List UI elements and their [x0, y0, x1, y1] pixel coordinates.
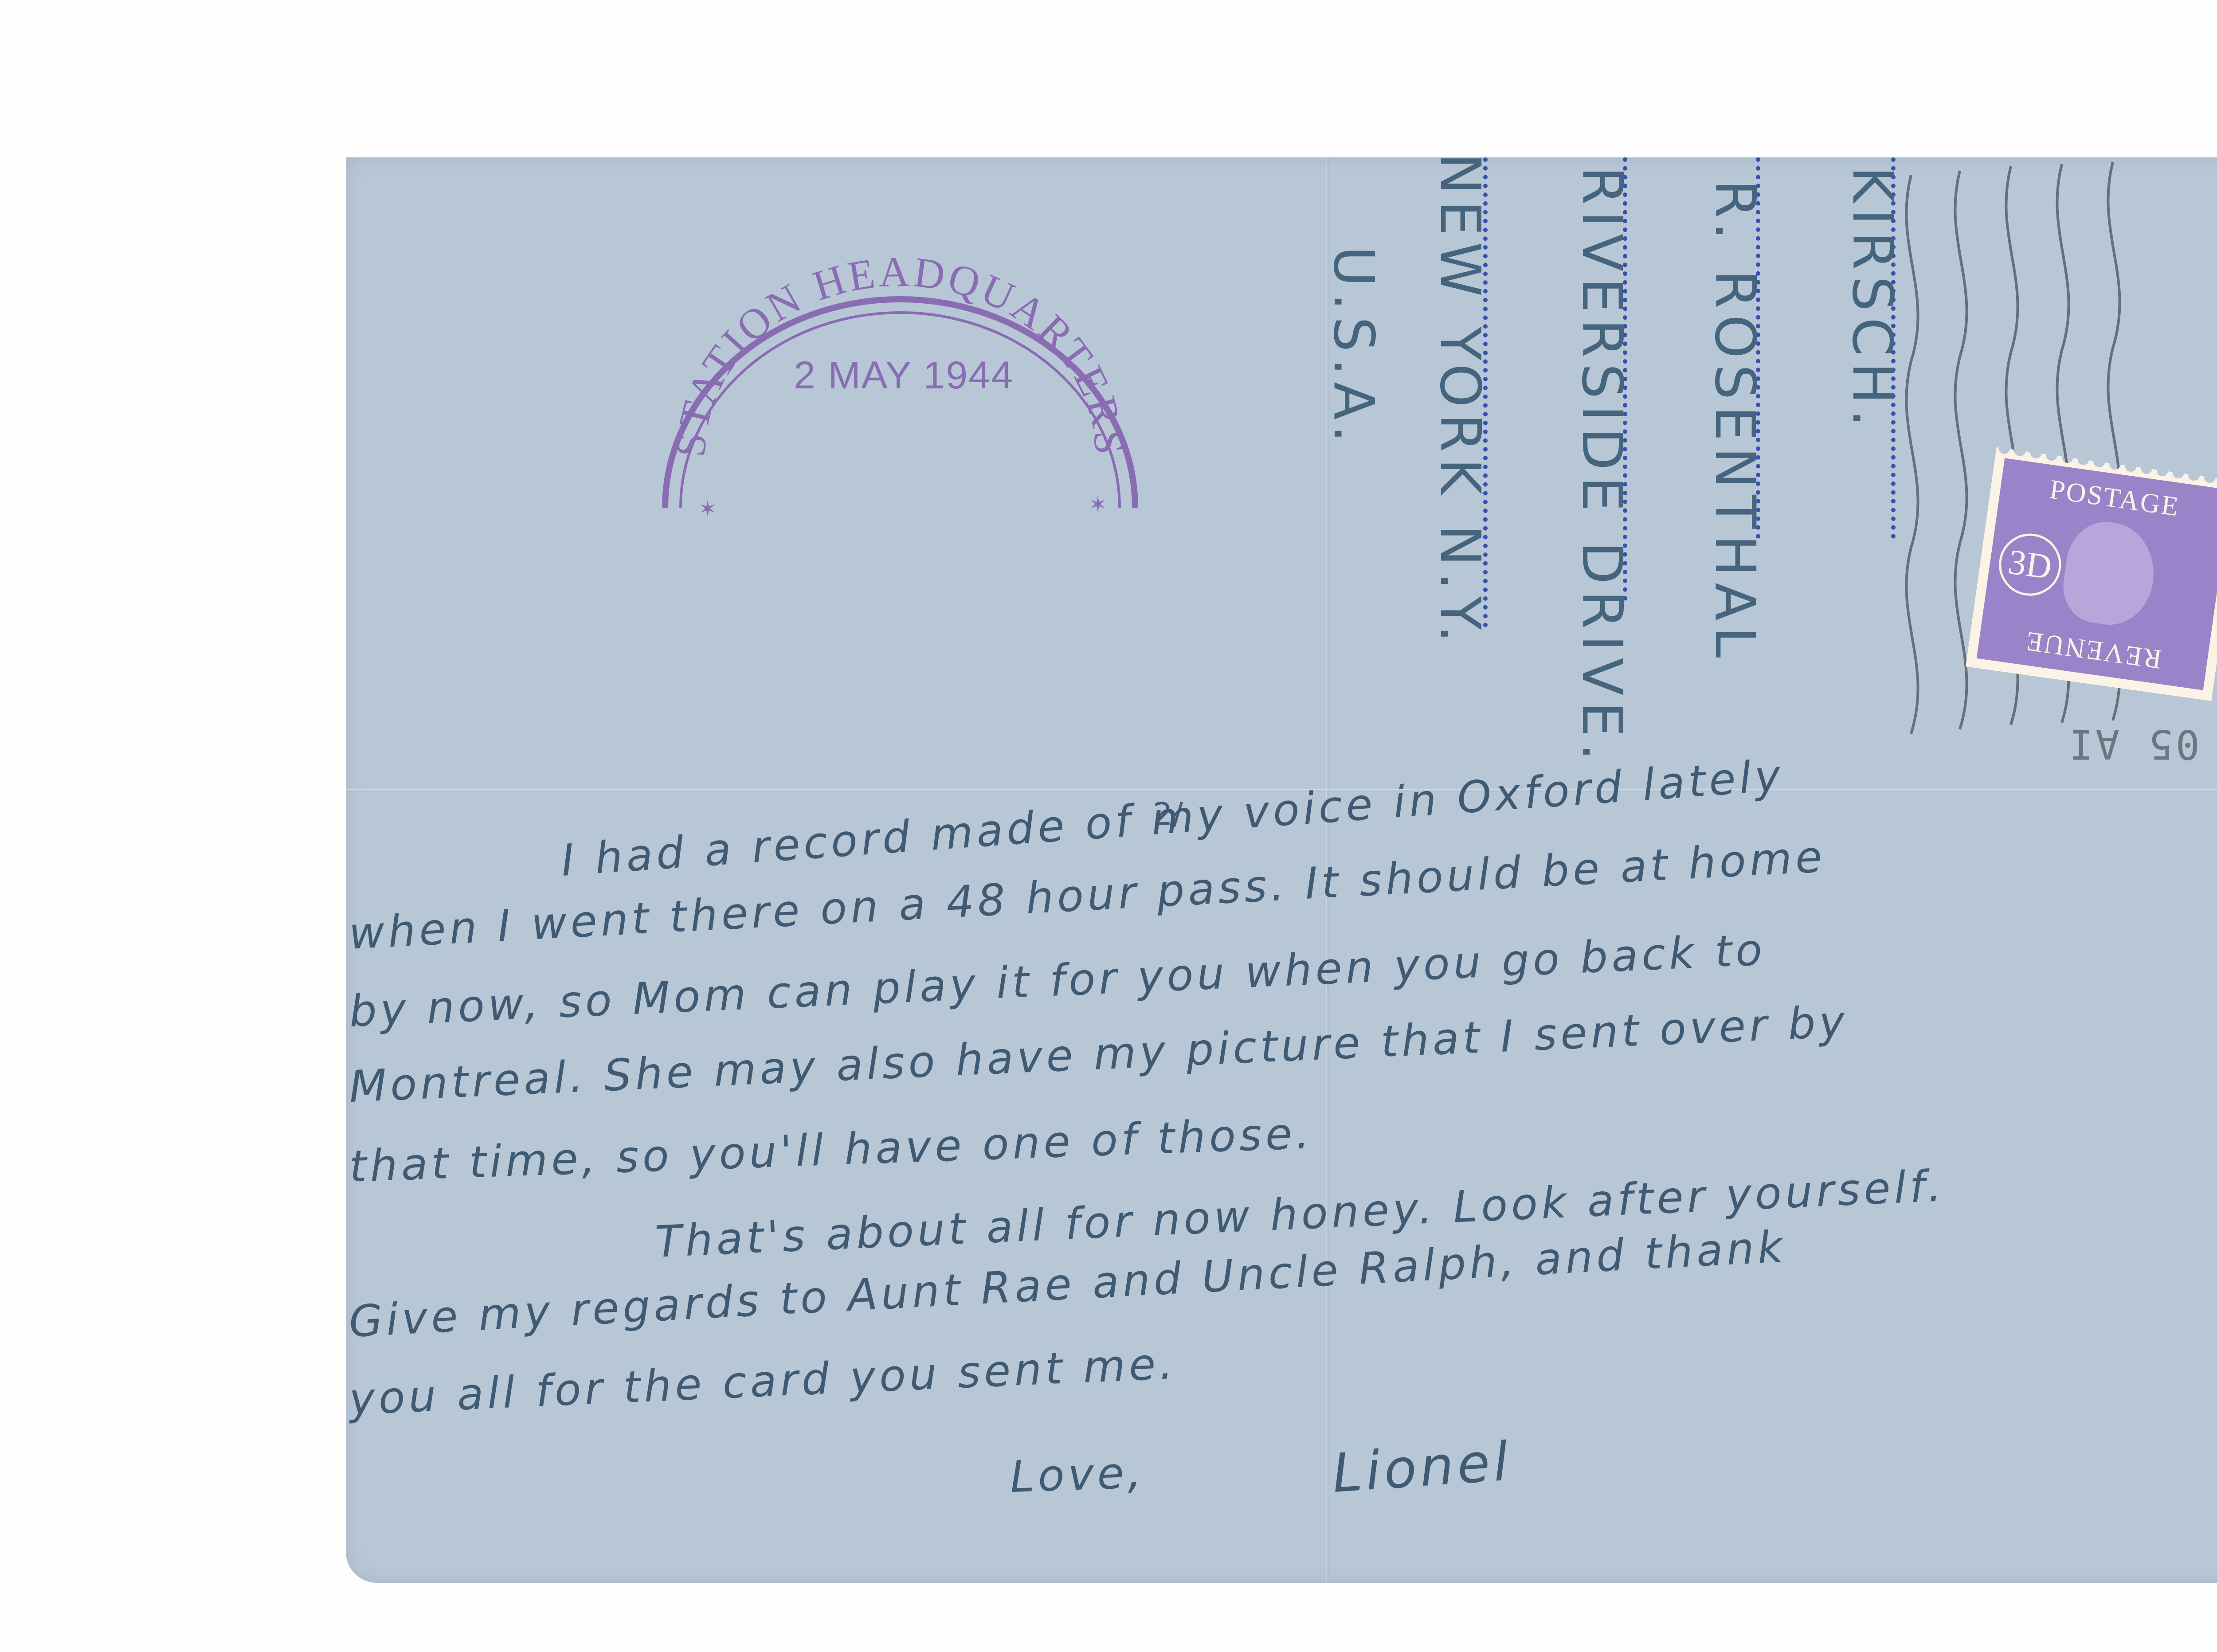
address-line-2: R. ROSENTHAL: [1703, 180, 1767, 664]
stamp-bottom-label: REVENUE: [1978, 619, 2209, 681]
letter-closing: Love,: [1009, 1447, 1146, 1503]
letter-line: that time, so you'll have one of those.: [349, 1108, 1314, 1192]
letter-line: you all for the card you sent me.: [348, 1339, 1178, 1425]
stamp-value: 3D: [1995, 530, 2065, 600]
king-portrait-icon: [2058, 517, 2160, 630]
star-icon: ✶: [698, 496, 717, 522]
address-line-5: U.S.A.: [1321, 246, 1386, 449]
stamp-top-label: POSTAGE: [1999, 467, 2217, 530]
postage-stamp: POSTAGE 3D REVENUE: [1966, 447, 2217, 701]
star-icon: ✶: [1089, 492, 1107, 517]
stamp-date: 2 MAY 1944: [794, 352, 1014, 398]
letter-signature: Lionel: [1330, 1431, 1514, 1505]
air-letter-sheet: STATION HEADQUARTERS ✶ ✶ 2 MAY 1944 KIRS…: [346, 157, 2217, 1583]
address-line-4: NEW YORK N.Y.: [1428, 157, 1492, 649]
letter-body: 2/ I had a record made of my voice in Ox…: [346, 805, 2217, 1558]
address-line-3: RIVERSIDE DRIVE.: [1570, 166, 1634, 767]
postmark-text: S 05 AI: [2066, 720, 2217, 767]
